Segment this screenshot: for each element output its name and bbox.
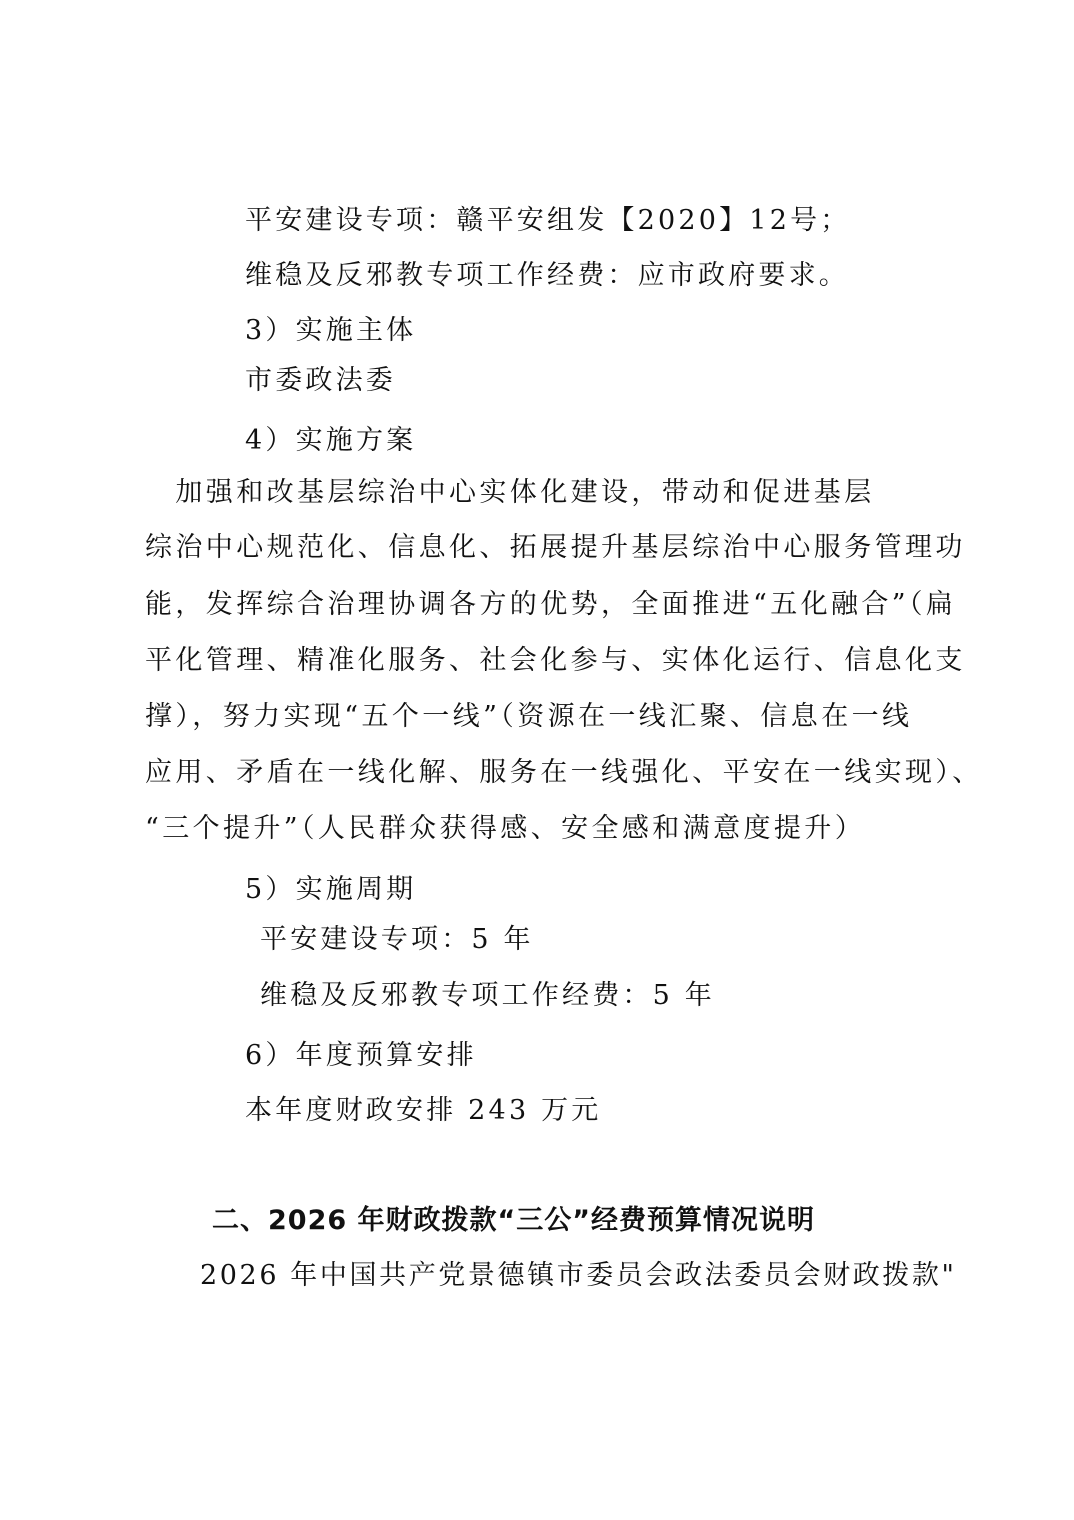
period-wei-wen-text: 维稳及反邪教专项工作经费：5 年	[260, 978, 715, 1014]
section-5-title: 5）实施周期	[245, 872, 416, 908]
budget-amount-text: 本年度财政安排 243 万元	[245, 1093, 602, 1129]
paragraph-line: “三个提升”（人民群众获得感、安全感和满意度提升）	[145, 811, 931, 847]
section-two-first-line: 2026 年中国共产党景德镇市委员会政法委员会财政拨款"	[200, 1258, 957, 1294]
paragraph-line: 平化管理、精准化服务、社会化参与、实体化运行、信息化支	[145, 643, 931, 679]
section-6-title: 6）年度预算安排	[245, 1038, 477, 1074]
basis-wei-wen-text: 维稳及反邪教专项工作经费：应市政府要求。	[245, 258, 849, 294]
section-3-body: 市委政法委	[245, 363, 396, 399]
paragraph-line: 能，发挥综合治理协调各方的优势，全面推进“五化融合”（扁	[145, 587, 931, 623]
paragraph-line: 撑），努力实现“五个一线”（资源在一线汇聚、信息在一线	[145, 699, 931, 735]
paragraph-line: 应用、矛盾在一线化解、服务在一线强化、平安在一线实现）、	[145, 755, 931, 791]
paragraph-line: 加强和改基层综治中心实体化建设，带动和促进基层	[145, 475, 931, 511]
section-4-title: 4）实施方案	[245, 423, 416, 459]
section-two-heading: 二、2026 年财政拨款“三公”经费预算情况说明	[212, 1203, 815, 1239]
period-ping-an-text: 平安建设专项：5 年	[260, 922, 534, 958]
section-3-title: 3）实施主体	[245, 313, 416, 349]
paragraph-line: 综治中心规范化、信息化、拓展提升基层综治中心服务管理功	[145, 530, 931, 566]
basis-ping-an-text: 平安建设专项：赣平安组发【2020】12号；	[245, 203, 850, 239]
